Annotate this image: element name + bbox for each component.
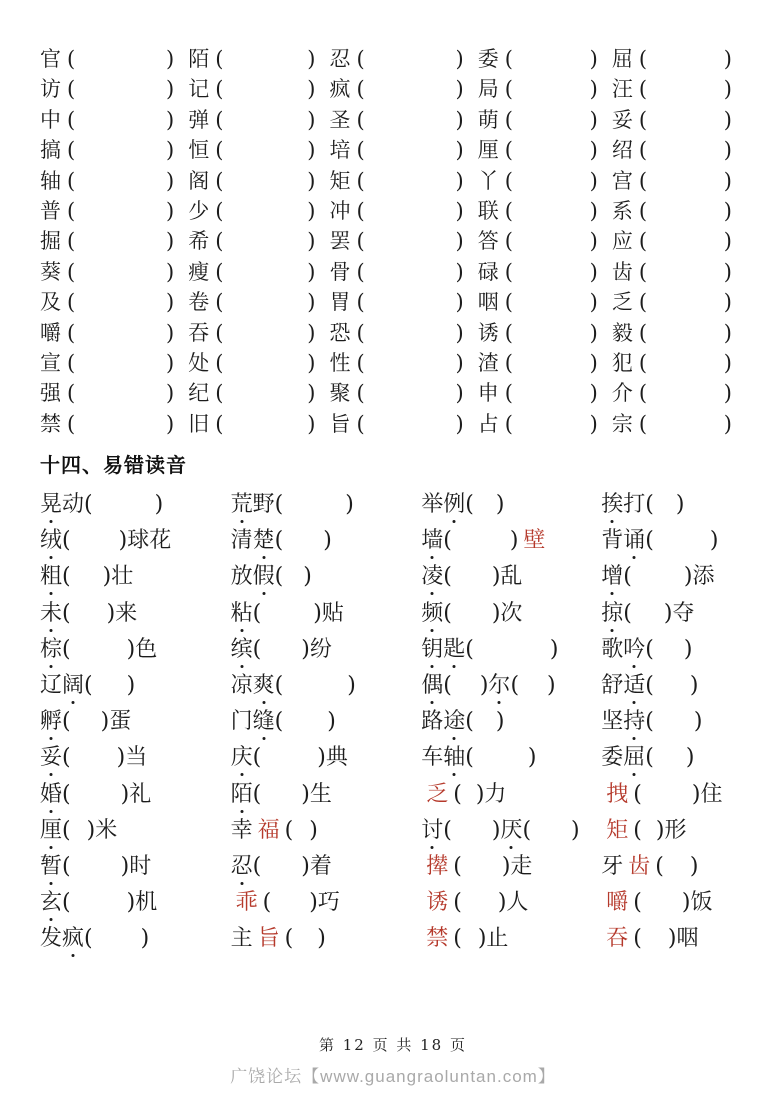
answer-blank: () [62, 596, 115, 632]
word-cell: 路途() [421, 704, 601, 740]
hanzi-cell: 乏() [612, 287, 746, 317]
answer-blank: () [356, 226, 463, 256]
hanzi-cell: 丫() [478, 166, 612, 196]
dotted-char: 楚 [253, 523, 275, 554]
close-paren: ) [309, 885, 318, 921]
close-paren: ) [455, 44, 463, 74]
close-paren: ) [455, 74, 463, 104]
hanzi-cell: 答() [478, 226, 612, 256]
plain-char: 机 [135, 885, 157, 916]
plain-char: 门 [231, 704, 253, 735]
plain-char: 巧 [318, 885, 340, 916]
answer-blank: () [639, 287, 732, 317]
plain-char: 着 [310, 849, 332, 880]
plain-char: 止 [486, 921, 508, 952]
hanzi-char: 咽 [478, 287, 499, 317]
answer-blank: () [215, 287, 315, 317]
open-paren: ( [275, 523, 284, 559]
open-paren: ( [505, 409, 513, 439]
close-paren: ) [301, 632, 310, 668]
hanzi-char: 卷 [188, 287, 209, 317]
hanzi-cell: 阁() [188, 166, 329, 196]
answer-blank: () [215, 44, 315, 74]
hanzi-cell: 妥() [612, 105, 746, 135]
open-paren: ( [639, 226, 647, 256]
hanzi-char: 厘 [478, 135, 499, 165]
word-cell: 矩()形 [601, 813, 746, 849]
hanzi-cell: 系() [612, 196, 746, 226]
close-paren: ) [87, 813, 96, 849]
close-paren: ) [127, 668, 136, 704]
answer-blank: () [623, 559, 692, 595]
open-paren: ( [356, 44, 364, 74]
close-paren: ) [327, 704, 336, 740]
open-paren: ( [356, 318, 364, 348]
plain-char: 球花 [127, 523, 171, 554]
answer-blank: () [505, 44, 598, 74]
answer-blank: () [505, 348, 598, 378]
close-paren: ) [101, 704, 110, 740]
dotted-char: 爽 [253, 668, 275, 699]
dotted-char: 偶 [421, 668, 443, 699]
hanzi-cell: 性() [329, 348, 477, 378]
answer-blank: () [645, 668, 698, 704]
open-paren: ( [505, 318, 513, 348]
dotted-char: 厌 [500, 813, 522, 844]
open-paren: ( [62, 849, 71, 885]
close-paren: ) [345, 487, 354, 523]
hanzi-char: 骨 [329, 257, 350, 287]
open-paren: ( [443, 596, 452, 632]
hanzi-cell: 瘦() [188, 257, 329, 287]
word-cell: 歌吟() [601, 632, 746, 668]
emphasis-red-char: 撵 [426, 849, 448, 880]
answer-blank: () [215, 226, 315, 256]
close-paren: ) [307, 287, 315, 317]
plain-char: 米 [95, 813, 117, 844]
hanzi-cell: 恐() [329, 318, 477, 348]
answer-blank: () [215, 348, 315, 378]
answer-blank: () [285, 813, 318, 849]
close-paren: ) [166, 196, 174, 226]
answer-blank: () [633, 777, 700, 813]
open-paren: ( [633, 813, 642, 849]
answer-blank: () [67, 226, 174, 256]
open-paren: ( [62, 559, 71, 595]
page-footer: 第 12 页 共 18 页 广饶论坛【www.guangraoluntan.co… [40, 1034, 746, 1087]
hanzi-char: 冲 [329, 196, 350, 226]
emphasis-red-char: 乏 [426, 777, 448, 808]
answer-blank: () [215, 105, 315, 135]
answer-blank: () [67, 409, 174, 439]
open-paren: ( [215, 318, 223, 348]
close-paren: ) [301, 849, 310, 885]
close-paren: ) [724, 378, 732, 408]
word-cell: 主旨() [231, 921, 422, 957]
close-paren: ) [455, 135, 463, 165]
plain-char: 背 [601, 523, 623, 554]
word-cell: 举例() [421, 487, 601, 523]
dotted-char: 忍 [231, 849, 253, 880]
hanzi-char: 屈 [612, 44, 633, 74]
dotted-char: 掠 [601, 596, 623, 627]
open-paren: ( [356, 196, 364, 226]
close-paren: ) [166, 287, 174, 317]
open-paren: ( [443, 559, 452, 595]
open-paren: ( [645, 740, 654, 776]
open-paren: ( [623, 559, 632, 595]
hanzi-char: 掘 [40, 226, 61, 256]
close-paren: ) [166, 409, 174, 439]
hanzi-char: 及 [40, 287, 61, 317]
hanzi-cell: 占() [478, 409, 612, 439]
hanzi-cell: 宫() [612, 166, 746, 196]
close-paren: ) [307, 409, 315, 439]
word-cell: 妥()当 [40, 740, 231, 776]
answer-blank: () [453, 885, 506, 921]
open-paren: ( [253, 632, 262, 668]
dotted-char: 吟 [623, 632, 645, 663]
hanzi-cell: 掘() [40, 226, 188, 256]
answer-blank: () [453, 777, 484, 813]
emphasis-red-char: 福 [258, 813, 280, 844]
answer-blank: () [639, 44, 732, 74]
answer-blank: () [522, 813, 579, 849]
answer-blank: () [356, 166, 463, 196]
close-paren: ) [455, 287, 463, 317]
open-paren: ( [215, 378, 223, 408]
open-paren: ( [645, 523, 654, 559]
hanzi-char: 介 [612, 378, 633, 408]
open-paren: ( [215, 226, 223, 256]
emphasis-red-char: 乖 [236, 885, 258, 916]
close-paren: ) [307, 105, 315, 135]
answer-blank: () [645, 487, 684, 523]
open-paren: ( [655, 849, 664, 885]
close-paren: ) [166, 105, 174, 135]
answer-blank: () [356, 348, 463, 378]
open-paren: ( [443, 523, 452, 559]
plain-char: 幸 [231, 813, 253, 844]
plain-char: 辽 [40, 668, 62, 699]
hanzi-char: 吞 [188, 318, 209, 348]
close-paren: ) [455, 378, 463, 408]
hanzi-cell: 介() [612, 378, 746, 408]
word-cell: 发疯() [40, 921, 231, 957]
answer-blank: () [633, 921, 676, 957]
hanzi-cell: 罢() [329, 226, 477, 256]
dotted-char: 妥 [40, 740, 62, 771]
answer-blank: () [215, 196, 315, 226]
close-paren: ) [166, 257, 174, 287]
open-paren: ( [639, 135, 647, 165]
close-paren: ) [590, 196, 598, 226]
close-paren: ) [307, 74, 315, 104]
hanzi-cell: 咽() [478, 287, 612, 317]
dotted-char: 晃 [40, 487, 62, 518]
dotted-char: 凌 [421, 559, 443, 590]
answer-blank: () [275, 704, 336, 740]
close-paren: ) [502, 849, 511, 885]
open-paren: ( [67, 196, 75, 226]
open-paren: ( [67, 287, 75, 317]
word-cell: 缤()纷 [231, 632, 422, 668]
hanzi-char: 渣 [478, 348, 499, 378]
word-cell: 棕()色 [40, 632, 231, 668]
close-paren: ) [455, 348, 463, 378]
open-paren: ( [453, 885, 462, 921]
answer-blank: () [215, 409, 315, 439]
word-cell: 掠()夺 [601, 596, 746, 632]
word-cell: 诱()人 [421, 885, 601, 921]
dotted-char: 假 [253, 559, 275, 590]
close-paren: ) [676, 487, 685, 523]
word-cell: 婚()礼 [40, 777, 231, 813]
answer-blank: () [505, 196, 598, 226]
answer-blank: () [465, 740, 536, 776]
answer-blank: () [453, 849, 510, 885]
close-paren: ) [724, 105, 732, 135]
dotted-char: 讨 [421, 813, 443, 844]
plain-char: 力 [484, 777, 506, 808]
open-paren: ( [62, 704, 71, 740]
close-paren: ) [141, 921, 150, 957]
word-cell: 车轴() [421, 740, 601, 776]
close-paren: ) [307, 318, 315, 348]
plain-char: 打 [623, 487, 645, 518]
hanzi-cell: 访() [40, 74, 188, 104]
dotted-char: 适 [623, 668, 645, 699]
answer-blank: () [505, 409, 598, 439]
close-paren: ) [690, 668, 699, 704]
answer-blank: () [633, 813, 664, 849]
hanzi-char: 妥 [612, 105, 633, 135]
open-paren: ( [67, 378, 75, 408]
answer-blank: () [275, 487, 354, 523]
plain-char: 夺 [672, 596, 694, 627]
answer-blank: () [62, 704, 109, 740]
word-cell: 清楚() [231, 523, 422, 559]
close-paren: ) [686, 740, 695, 776]
hanzi-cell: 及() [40, 287, 188, 317]
open-paren: ( [62, 632, 71, 668]
close-paren: ) [455, 409, 463, 439]
emphasis-red-char: 拽 [606, 777, 628, 808]
close-paren: ) [496, 487, 505, 523]
answer-blank: () [275, 523, 332, 559]
open-paren: ( [505, 105, 513, 135]
hanzi-char: 希 [188, 226, 209, 256]
open-paren: ( [285, 921, 294, 957]
close-paren: ) [724, 74, 732, 104]
plain-char: 车 [421, 740, 443, 771]
open-paren: ( [639, 44, 647, 74]
plain-char: 放 [231, 559, 253, 590]
answer-blank: () [443, 596, 500, 632]
open-paren: ( [505, 226, 513, 256]
close-paren: ) [166, 135, 174, 165]
dotted-char: 疯 [62, 921, 84, 952]
dotted-char: 婚 [40, 777, 62, 808]
answer-blank: () [505, 378, 598, 408]
open-paren: ( [215, 44, 223, 74]
hanzi-char: 矩 [329, 166, 350, 196]
hanzi-cell: 旧() [188, 409, 329, 439]
hanzi-cell: 培() [329, 135, 477, 165]
close-paren: ) [684, 559, 693, 595]
answer-blank: () [505, 257, 598, 287]
dotted-char: 绒 [40, 523, 62, 554]
word-cell: 凌()乱 [421, 559, 601, 595]
hanzi-cell: 吞() [188, 318, 329, 348]
close-paren: ) [724, 44, 732, 74]
dotted-char: 暂 [40, 849, 62, 880]
answer-blank: () [655, 849, 698, 885]
answer-blank: () [505, 318, 598, 348]
answer-blank: () [356, 105, 463, 135]
close-paren: ) [492, 559, 501, 595]
word-cell: 偶()尔() [421, 668, 601, 704]
dotted-char: 例 [443, 487, 465, 518]
close-paren: ) [590, 44, 598, 74]
hanzi-char: 弹 [188, 105, 209, 135]
hanzi-char: 记 [188, 74, 209, 104]
plain-char: 乱 [500, 559, 522, 590]
answer-blank: () [505, 135, 598, 165]
emphasis-red-char: 嚼 [606, 885, 628, 916]
open-paren: ( [505, 287, 513, 317]
answer-blank: () [67, 135, 174, 165]
open-paren: ( [67, 348, 75, 378]
open-paren: ( [62, 596, 71, 632]
plain-char: 路 [421, 704, 443, 735]
dotted-char: 途 [443, 704, 465, 735]
close-paren: ) [710, 523, 719, 559]
hanzi-cell: 宣() [40, 348, 188, 378]
open-paren: ( [505, 166, 513, 196]
open-paren: ( [522, 813, 531, 849]
hanzi-cell: 少() [188, 196, 329, 226]
hanzi-char: 申 [478, 378, 499, 408]
answer-blank: () [453, 921, 486, 957]
answer-blank: () [215, 166, 315, 196]
open-paren: ( [356, 409, 364, 439]
dotted-char: 玄 [40, 885, 62, 916]
answer-blank: () [443, 559, 500, 595]
open-paren: ( [356, 348, 364, 378]
close-paren: ) [455, 226, 463, 256]
answer-blank: () [639, 378, 732, 408]
answer-blank: () [639, 257, 732, 287]
open-paren: ( [505, 135, 513, 165]
hanzi-cell: 禁() [40, 409, 188, 439]
answer-blank: () [633, 885, 690, 921]
answer-blank: () [623, 596, 672, 632]
close-paren: ) [590, 74, 598, 104]
open-paren: ( [505, 348, 513, 378]
plain-char: 住 [700, 777, 722, 808]
word-cell: 讨()厌() [421, 813, 601, 849]
answer-blank: () [645, 740, 694, 776]
close-paren: ) [155, 487, 164, 523]
hanzi-char: 汪 [612, 74, 633, 104]
close-paren: ) [498, 885, 507, 921]
hanzi-cell: 忍() [329, 44, 477, 74]
word-cell: 吞()咽 [601, 921, 746, 957]
hanzi-char: 丫 [478, 166, 499, 196]
plain-char: 凉 [231, 668, 253, 699]
open-paren: ( [505, 44, 513, 74]
answer-blank: () [67, 378, 174, 408]
emphasis-red-char: 诱 [426, 885, 448, 916]
open-paren: ( [215, 105, 223, 135]
open-paren: ( [633, 921, 642, 957]
open-paren: ( [263, 885, 272, 921]
open-paren: ( [356, 135, 364, 165]
word-cell: 墙()壁 [421, 523, 601, 559]
close-paren: ) [121, 777, 130, 813]
close-paren: ) [682, 885, 691, 921]
open-paren: ( [356, 105, 364, 135]
close-paren: ) [317, 921, 326, 957]
hanzi-cell: 官() [40, 44, 188, 74]
open-paren: ( [639, 74, 647, 104]
hanzi-char: 普 [40, 196, 61, 226]
hanzi-cell: 应() [612, 226, 746, 256]
open-paren: ( [215, 348, 223, 378]
open-paren: ( [67, 44, 75, 74]
word-cell: 辽阔() [40, 668, 231, 704]
hanzi-char: 绍 [612, 135, 633, 165]
hanzi-char: 旨 [329, 409, 350, 439]
plain-char: 当 [125, 740, 147, 771]
hanzi-char: 忍 [329, 44, 350, 74]
word-cell: 凉爽() [231, 668, 422, 704]
close-paren: ) [590, 409, 598, 439]
plain-char: 壮 [111, 559, 133, 590]
hanzi-cell: 葵() [40, 257, 188, 287]
close-paren: ) [307, 348, 315, 378]
answer-blank: () [62, 849, 129, 885]
hanzi-pinyin-grid: 官()陌()忍()委()屈()访()记()疯()局()汪()中()弹()圣()萌… [40, 44, 746, 439]
answer-blank: () [215, 318, 315, 348]
answer-blank: () [505, 74, 598, 104]
open-paren: ( [453, 849, 462, 885]
close-paren: ) [724, 409, 732, 439]
plain-char: 生 [310, 777, 332, 808]
hanzi-cell: 中() [40, 105, 188, 135]
plain-char: 来 [115, 596, 137, 627]
word-cell: 背诵() [601, 523, 746, 559]
section-title: 十四、易错读音 [40, 449, 746, 478]
open-paren: ( [639, 378, 647, 408]
open-paren: ( [253, 596, 262, 632]
open-paren: ( [505, 257, 513, 287]
close-paren: ) [694, 704, 703, 740]
answer-blank: () [465, 487, 504, 523]
word-cell: 嚼()饭 [601, 885, 746, 921]
close-paren: ) [313, 596, 322, 632]
close-paren: ) [590, 348, 598, 378]
hanzi-cell: 卷() [188, 287, 329, 317]
hanzi-cell: 胃() [329, 287, 477, 317]
hanzi-cell: 旨() [329, 409, 477, 439]
close-paren: ) [724, 226, 732, 256]
plain-char: 咽 [676, 921, 698, 952]
hanzi-char: 阁 [188, 166, 209, 196]
open-paren: ( [465, 704, 474, 740]
hanzi-cell: 绍() [612, 135, 746, 165]
